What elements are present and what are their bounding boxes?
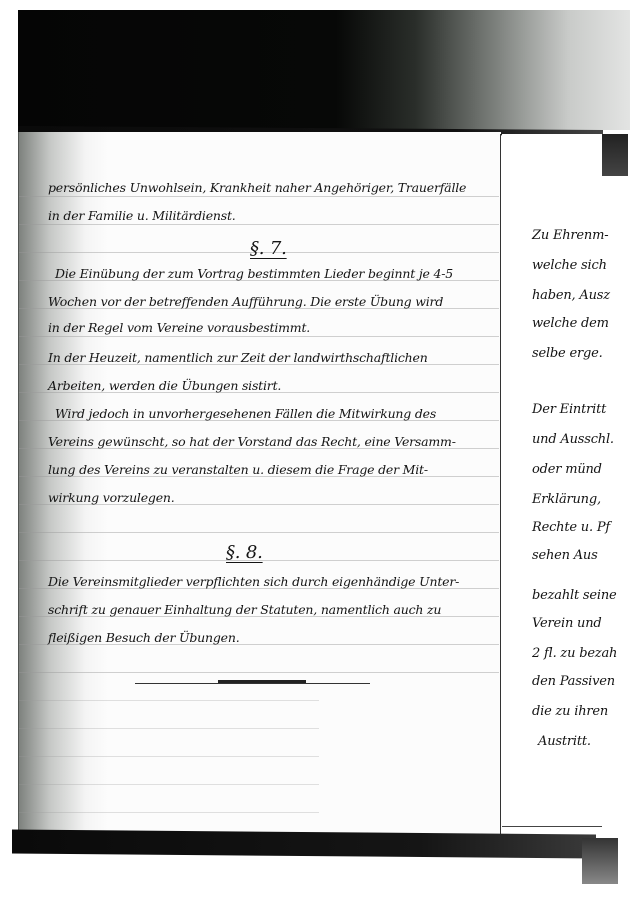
section-7-line-8: lung des Vereins zu veranstalten u. dies… — [48, 462, 428, 477]
margin-note-1-line-3: haben, Ausz — [532, 288, 610, 303]
margin-divider-line — [500, 134, 501, 834]
section-heading-7: §. 7. — [250, 238, 287, 259]
end-rule-double — [218, 680, 306, 683]
margin-note-1-line-2: welche sich — [532, 258, 607, 273]
section-8-line-1: Die Vereinsmitglieder verpflichten sich … — [48, 574, 459, 589]
section-7-line-9: wirkung vorzulegen. — [48, 490, 175, 505]
margin-note-2-line-12: Austritt. — [538, 734, 591, 749]
section-heading-8: §. 8. — [226, 542, 263, 563]
margin-note-1-line-4: welche dem — [532, 316, 609, 331]
scan-dark-border-bottom — [12, 829, 596, 858]
section-7-line-1: Die Einübung der zum Vortrag bestimmten … — [55, 266, 453, 281]
ruled-line — [19, 728, 319, 729]
ruled-line — [19, 700, 319, 701]
binding-shadow — [18, 132, 108, 835]
margin-note-2-line-10: den Passiven — [532, 674, 615, 689]
book-tab-top — [598, 134, 628, 176]
ruled-line — [19, 672, 499, 673]
book-tab-bottom — [582, 838, 618, 884]
continuation-line-2: in der Familie u. Militärdienst. — [48, 208, 236, 223]
section-7-line-3: in der Regel vom Vereine vorausbestimmt. — [48, 320, 310, 335]
ruled-line — [19, 336, 499, 337]
margin-note-1-line-1: Zu Ehrenm- — [532, 228, 608, 243]
margin-note-2-line-1: Der Eintritt — [532, 402, 606, 417]
margin-note-2-line-7: bezahlt seine — [532, 588, 617, 603]
continuation-line-1: persönliches Unwohlsein, Krankheit naher… — [48, 180, 466, 195]
margin-note-2-line-6: sehen Aus — [532, 548, 598, 563]
section-7-line-2: Wochen vor der betreffenden Aufführung. … — [48, 294, 443, 309]
ruled-line — [19, 812, 319, 813]
section-7-line-4: In der Heuzeit, namentlich zur Zeit der … — [48, 350, 428, 365]
section-7-line-6: Wird jedoch in unvorhergesehenen Fällen … — [55, 406, 436, 421]
end-rule — [135, 683, 370, 684]
section-7-line-7: Vereins gewünscht, so hat der Vorstand d… — [48, 434, 456, 449]
margin-note-2-line-8: Verein und — [532, 616, 602, 631]
scan-dark-border-top — [18, 10, 630, 130]
margin-note-2-line-11: die zu ihren — [532, 704, 608, 719]
ruled-line — [19, 784, 319, 785]
ruled-line — [19, 756, 319, 757]
section-8-line-3: fleißigen Besuch der Übungen. — [48, 630, 239, 645]
section-8-line-2: schrift zu genauer Einhaltung der Statut… — [48, 602, 441, 617]
ruled-line — [19, 224, 499, 225]
margin-note-1-line-5: selbe erge. — [532, 346, 603, 361]
ruled-line — [19, 532, 499, 533]
ruled-line — [19, 196, 499, 197]
margin-note-2-line-5: Rechte u. Pf — [532, 520, 610, 535]
margin-note-2-line-3: oder münd — [532, 462, 602, 477]
margin-note-2-line-4: Erklärung, — [532, 492, 601, 507]
margin-note-2-line-9: 2 fl. zu bezah — [532, 646, 617, 661]
section-7-line-5: Arbeiten, werden die Übungen sistirt. — [48, 378, 281, 393]
margin-note-2-line-2: und Ausschl. — [532, 432, 614, 447]
